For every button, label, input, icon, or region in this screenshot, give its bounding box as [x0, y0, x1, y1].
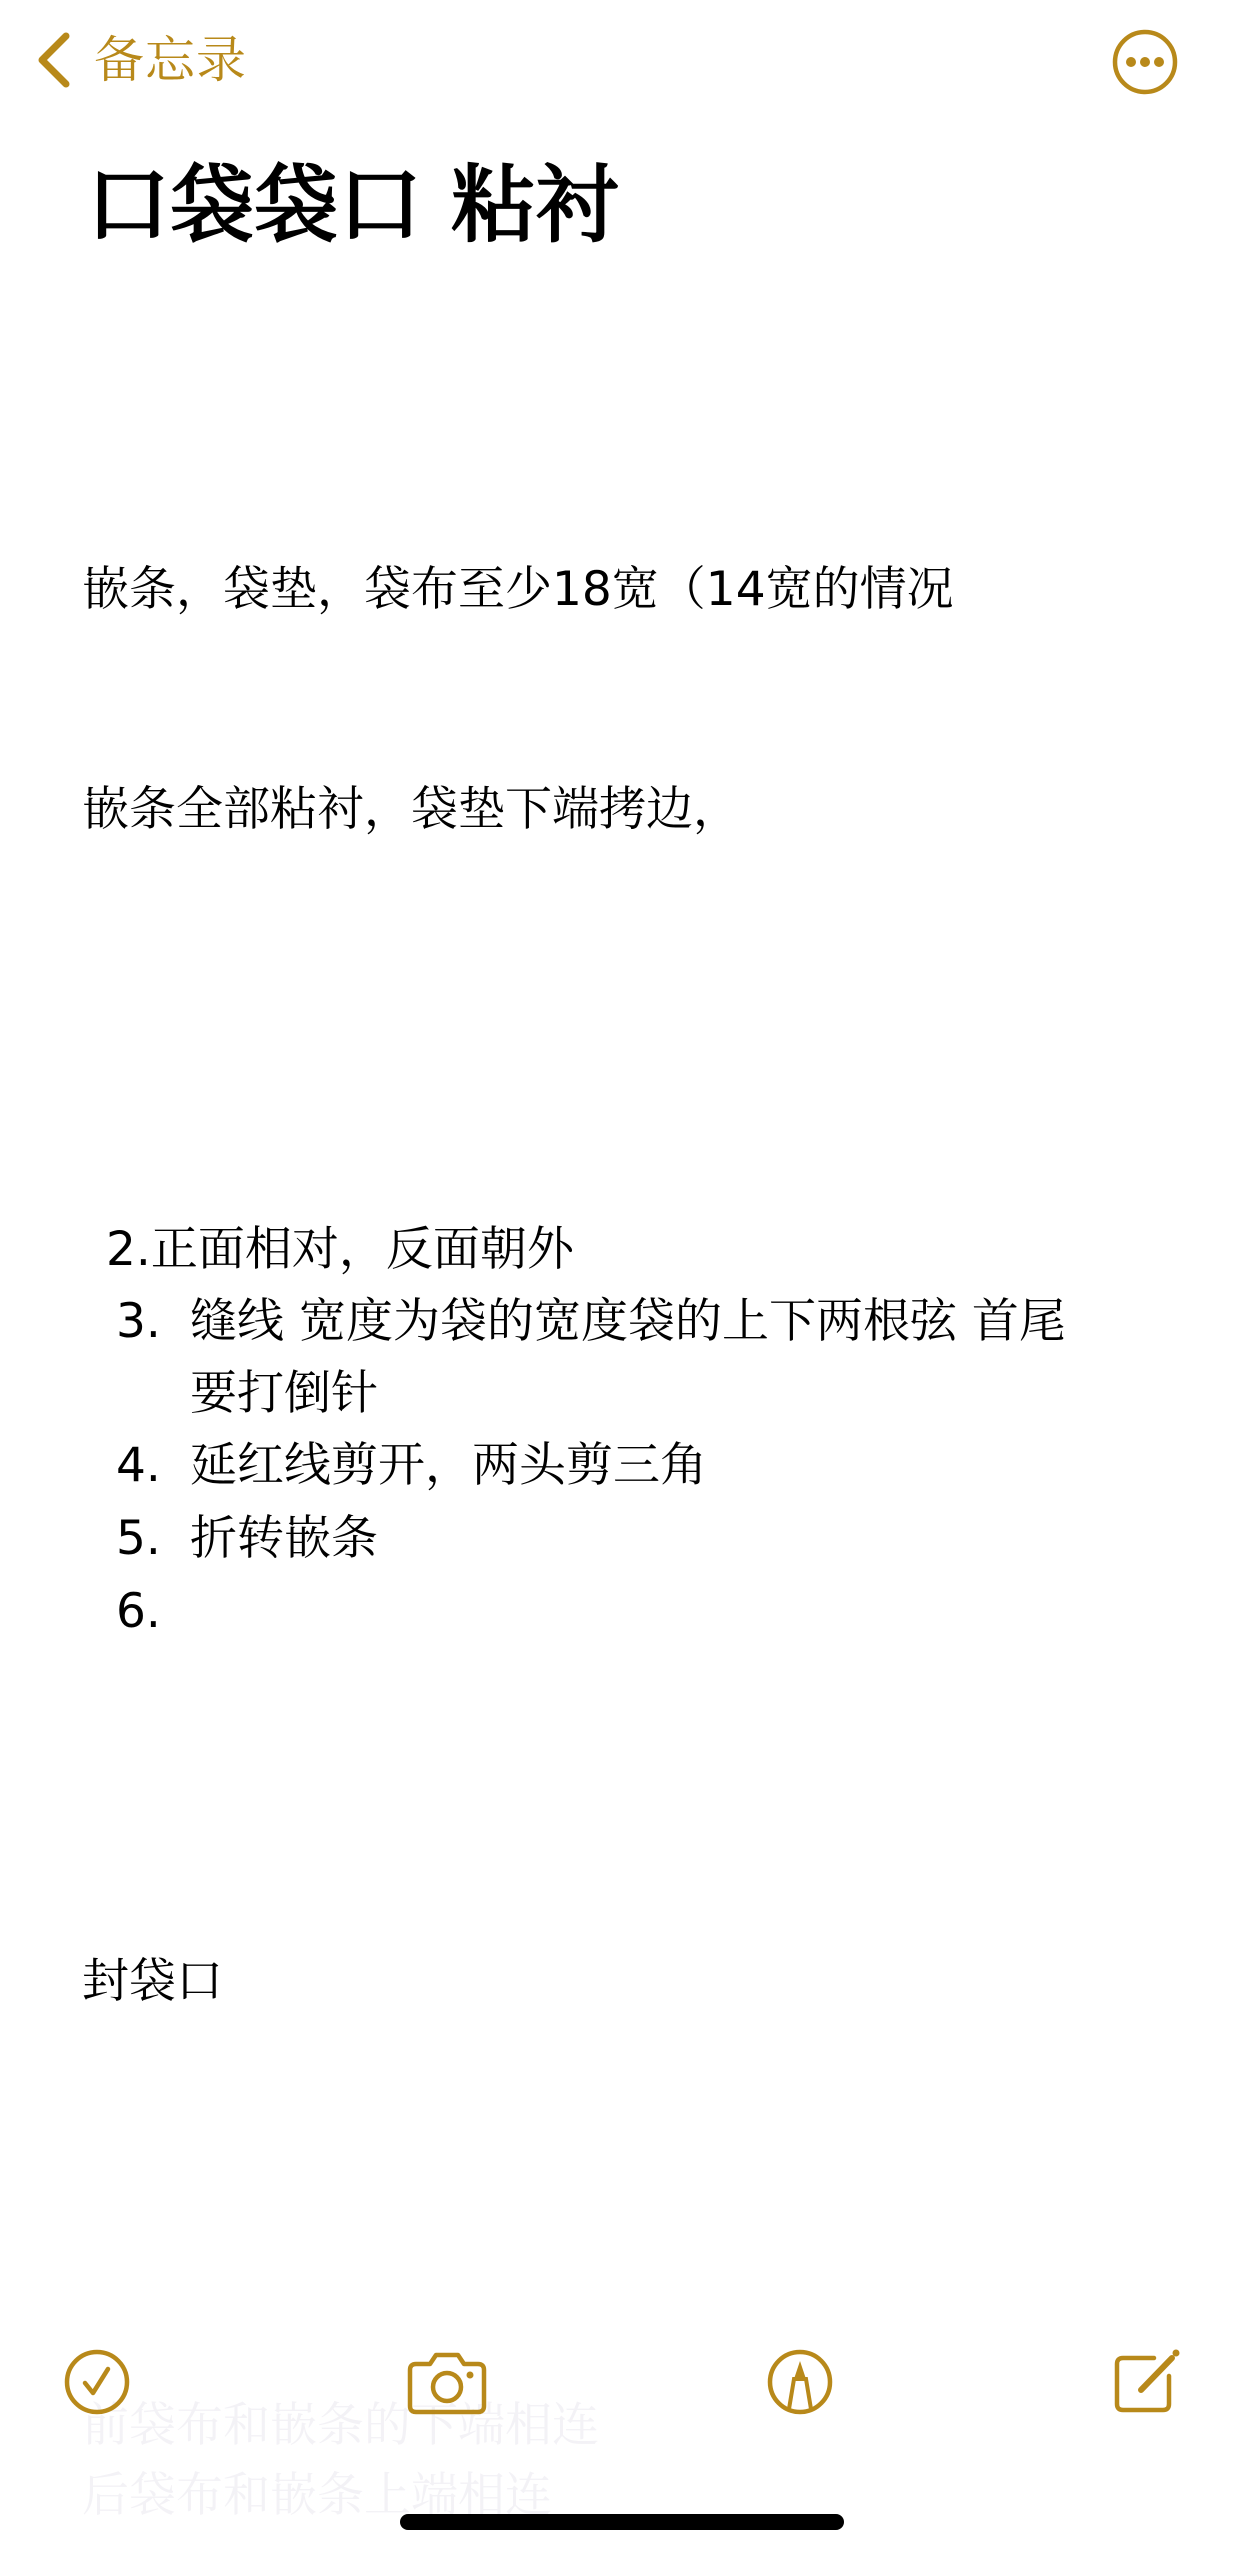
chevron-left-icon — [34, 30, 74, 90]
section-heading[interactable]: 封袋口 — [82, 1946, 223, 2018]
list-item-text[interactable]: 缝线 宽度为袋的宽度袋的上下两根弦 首尾 — [190, 1286, 1066, 1358]
markup-button[interactable] — [767, 2349, 833, 2415]
ellipsis-circle-icon — [1112, 29, 1178, 95]
list-item-text[interactable]: 延红线剪开，两头剪三角 — [190, 1430, 707, 1502]
back-button[interactable]: 备忘录 — [34, 28, 247, 92]
list-item-continuation[interactable]: 要打倒针 — [190, 1358, 378, 1430]
list-number: 4. — [116, 1438, 161, 1493]
markup-pen-icon — [767, 2349, 833, 2415]
list-number: 5. — [116, 1511, 161, 1566]
list-item-text: 正面相对，反面朝外 — [151, 1222, 574, 1277]
list-number: 3. — [116, 1294, 161, 1349]
list-item-text[interactable]: 折转嵌条 — [190, 1503, 378, 1575]
camera-icon — [406, 2350, 488, 2416]
list-number: 2. — [106, 1222, 151, 1277]
more-button[interactable] — [1112, 29, 1178, 95]
list-item[interactable]: 5. — [116, 1503, 161, 1575]
compose-icon — [1110, 2346, 1182, 2416]
list-item[interactable]: 4. — [116, 1430, 161, 1502]
checklist-circle-icon — [64, 2349, 130, 2415]
back-label: 备忘录 — [94, 28, 247, 92]
note-title[interactable]: 口袋袋口 粘衬 — [86, 150, 619, 260]
note-paragraph[interactable]: 嵌条，袋垫，袋布至少18宽（14宽的情况 — [82, 554, 954, 626]
list-number: 6. — [116, 1584, 161, 1639]
list-item[interactable]: 2.正面相对，反面朝外 — [106, 1214, 574, 1286]
list-item[interactable]: 3. — [116, 1286, 161, 1358]
faded-note-line: 前袋布和嵌条的下端相连 — [82, 2390, 599, 2462]
checklist-button[interactable] — [64, 2349, 130, 2415]
camera-button[interactable] — [406, 2350, 488, 2416]
home-indicator[interactable] — [400, 2514, 844, 2530]
compose-button[interactable] — [1110, 2346, 1182, 2416]
list-item[interactable]: 6. — [116, 1576, 161, 1648]
note-paragraph[interactable]: 嵌条全部粘衬，袋垫下端拷边， — [82, 774, 740, 846]
